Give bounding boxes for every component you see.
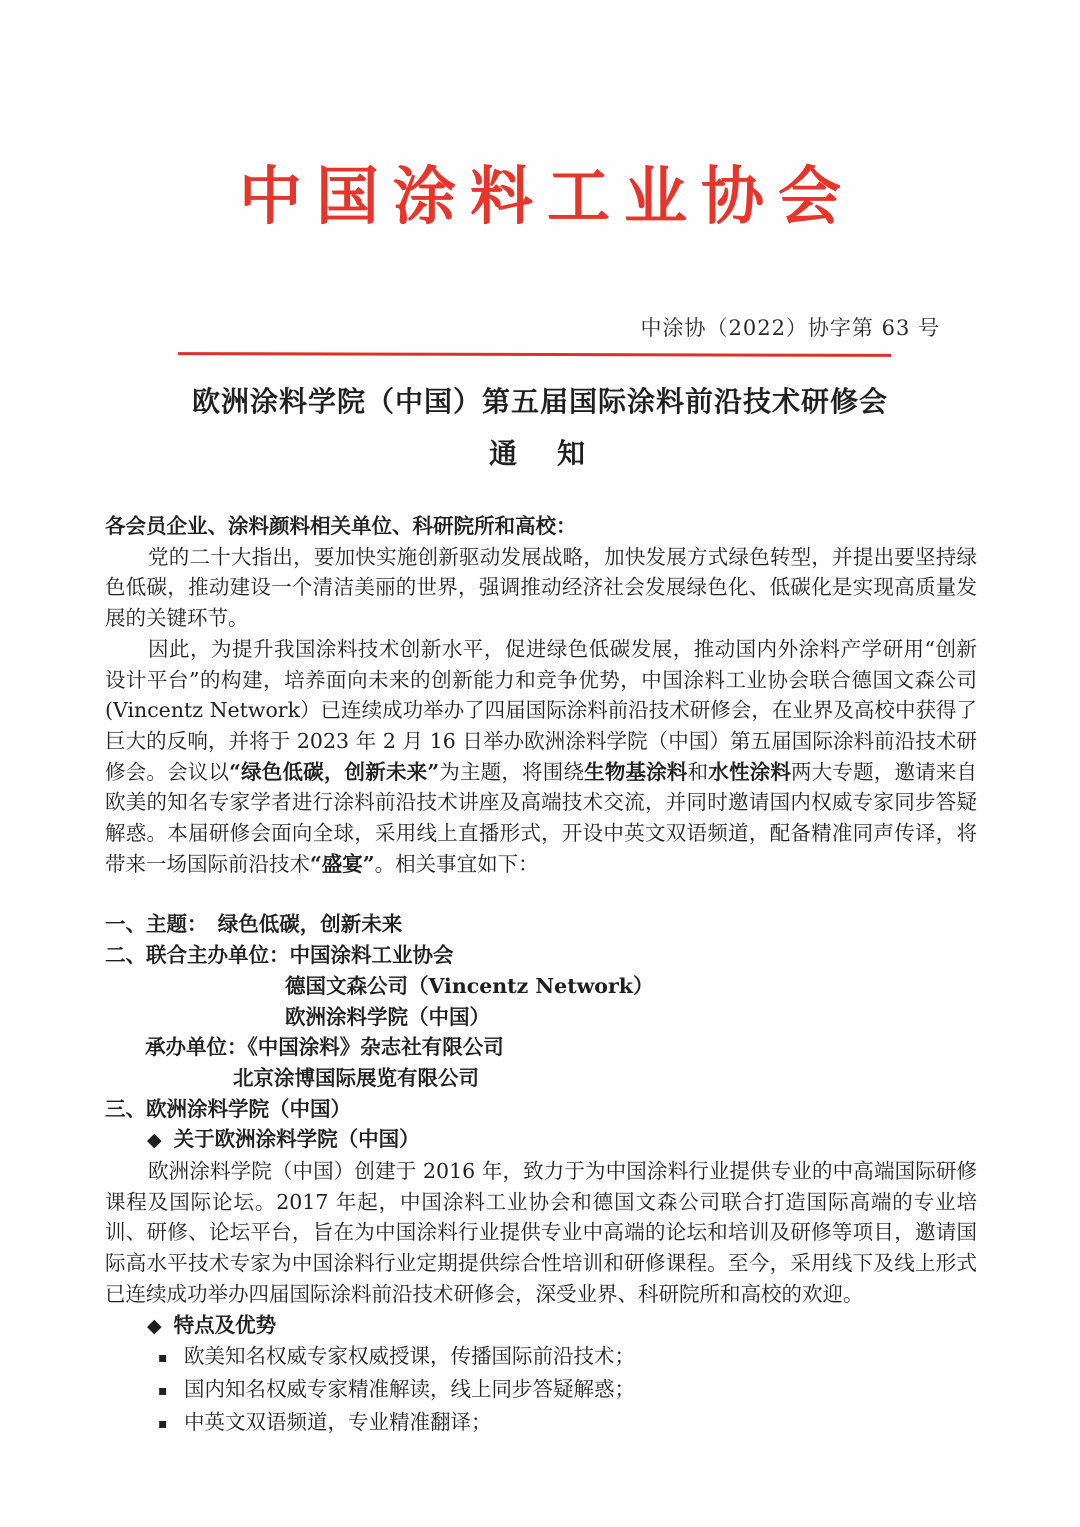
about-paragraph: 欧洲涂料学院（中国）创建于 2016 年，致力于为中国涂料行业提供专业的中高端国… <box>105 1156 977 1310</box>
topic-line: 一、主题： 绿色低碳，创新未来 <box>105 909 977 940</box>
doc-subtitle: 通 知 <box>0 432 1080 472</box>
doc-number: 中涂协（2022）协字第 63 号 <box>640 312 940 342</box>
diamond-bullet-icon: ◆ <box>147 1315 162 1337</box>
opening-paragraph: 党的二十大指出，要加快实施创新驱动发展战略，加快发展方式绿色转型，并提出要坚持绿… <box>105 542 977 634</box>
doc-title: 欧洲涂料学院（中国）第五届国际涂料前沿技术研修会 <box>0 380 1080 420</box>
document-page: 中国涂料工业协会 中涂协（2022）协字第 63 号 欧洲涂料学院（中国）第五届… <box>0 0 1080 1527</box>
header-divider <box>178 352 891 357</box>
feature-item: ▪国内知名权威专家精准解读，线上同步答疑解惑； <box>158 1374 977 1407</box>
cohost-line: 二、联合主办单位：中国涂料工业协会 <box>105 940 977 971</box>
features-section: ◆特点及优势 ▪欧美知名权威专家权威授课，传播国际前沿技术； ▪国内知名权威专家… <box>105 1310 977 1440</box>
intro-paragraph: 因此，为提升我国涂料技术创新水平，促进绿色低碳发展，推动国内外涂料产学研用“创新… <box>105 634 977 880</box>
cohost-line-3: 欧洲涂料学院（中国） <box>285 1002 977 1033</box>
meeting-info-list: 一、主题： 绿色低碳，创新未来 二、联合主办单位：中国涂料工业协会 德国文森公司… <box>105 909 977 1156</box>
square-bullet-icon: ▪ <box>158 1409 184 1440</box>
org-title: 中国涂料工业协会 <box>0 146 1080 237</box>
feature-item: ▪中英文双语频道，专业精准翻译； <box>158 1407 977 1440</box>
feature-item-label: 中英文双语频道，专业精准翻译； <box>184 1410 492 1434</box>
features-heading: ◆特点及优势 <box>147 1310 977 1342</box>
document-body: 各会员企业、涂料颜料相关单位、科研院所和高校： 党的二十大指出，要加快实施创新驱… <box>105 511 977 1439</box>
feature-item: ▪欧美知名权威专家权威授课，传播国际前沿技术； <box>158 1341 977 1374</box>
square-bullet-icon: ▪ <box>158 1343 184 1374</box>
feature-item-label: 国内知名权威专家精准解读，线上同步答疑解惑； <box>184 1377 635 1401</box>
features-heading-label: 特点及优势 <box>174 1313 277 1337</box>
diamond-bullet-icon: ◆ <box>147 1129 162 1151</box>
feature-item-label: 欧美知名权威专家权威授课，传播国际前沿技术； <box>184 1344 635 1368</box>
salutation-line: 各会员企业、涂料颜料相关单位、科研院所和高校： <box>105 511 977 542</box>
about-heading-label: 关于欧洲涂料学院（中国） <box>174 1127 420 1151</box>
organizer-line-2: 北京涂博国际展览有限公司 <box>233 1063 977 1094</box>
about-heading: ◆关于欧洲涂料学院（中国） <box>147 1124 977 1156</box>
section3-line: 三、欧洲涂料学院（中国） <box>105 1094 977 1125</box>
square-bullet-icon: ▪ <box>158 1376 184 1407</box>
organizer-line: 承办单位：《中国涂料》杂志社有限公司 <box>145 1032 977 1063</box>
cohost-line-2: 德国文森公司（Vincentz Network） <box>285 971 977 1002</box>
